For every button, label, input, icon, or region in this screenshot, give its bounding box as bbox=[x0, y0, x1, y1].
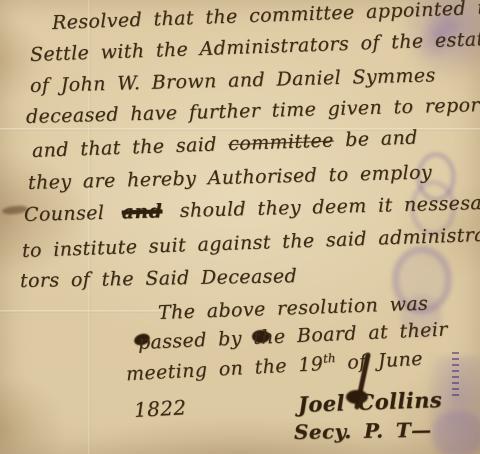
ordinal-superscript: th bbox=[323, 351, 336, 366]
manuscript-line-7: Counsel and should they deem it nessesar… bbox=[24, 191, 480, 226]
signature-title: Secy. P. T— bbox=[294, 418, 432, 444]
stamp-mark bbox=[432, 412, 480, 454]
paper-crease-horizontal bbox=[0, 310, 170, 313]
line-5-text: be and bbox=[345, 127, 418, 152]
line-7-text: Counsel bbox=[24, 202, 105, 226]
date-year: 1822 bbox=[133, 395, 187, 422]
signature-name: Joel Collins bbox=[298, 387, 443, 417]
manuscript-line-9: tors of the Said Deceased bbox=[20, 265, 297, 292]
closing-line-3-text: meeting on the 19 bbox=[125, 353, 323, 385]
manuscript-page: Resolved that the committee appointed to… bbox=[0, 0, 480, 454]
line-7-struck-word: and bbox=[121, 200, 162, 223]
line-5-text: and that the said bbox=[32, 134, 218, 162]
closing-line-1: The above resolution was bbox=[158, 293, 429, 324]
closing-line-3-text: of June bbox=[347, 348, 424, 374]
manuscript-line-4: deceased have further time given to repo… bbox=[26, 94, 480, 128]
paper-crease-vertical bbox=[88, 0, 91, 454]
line-5-flourished-word: committee bbox=[228, 129, 334, 155]
stamp-text-fragment bbox=[452, 352, 459, 400]
